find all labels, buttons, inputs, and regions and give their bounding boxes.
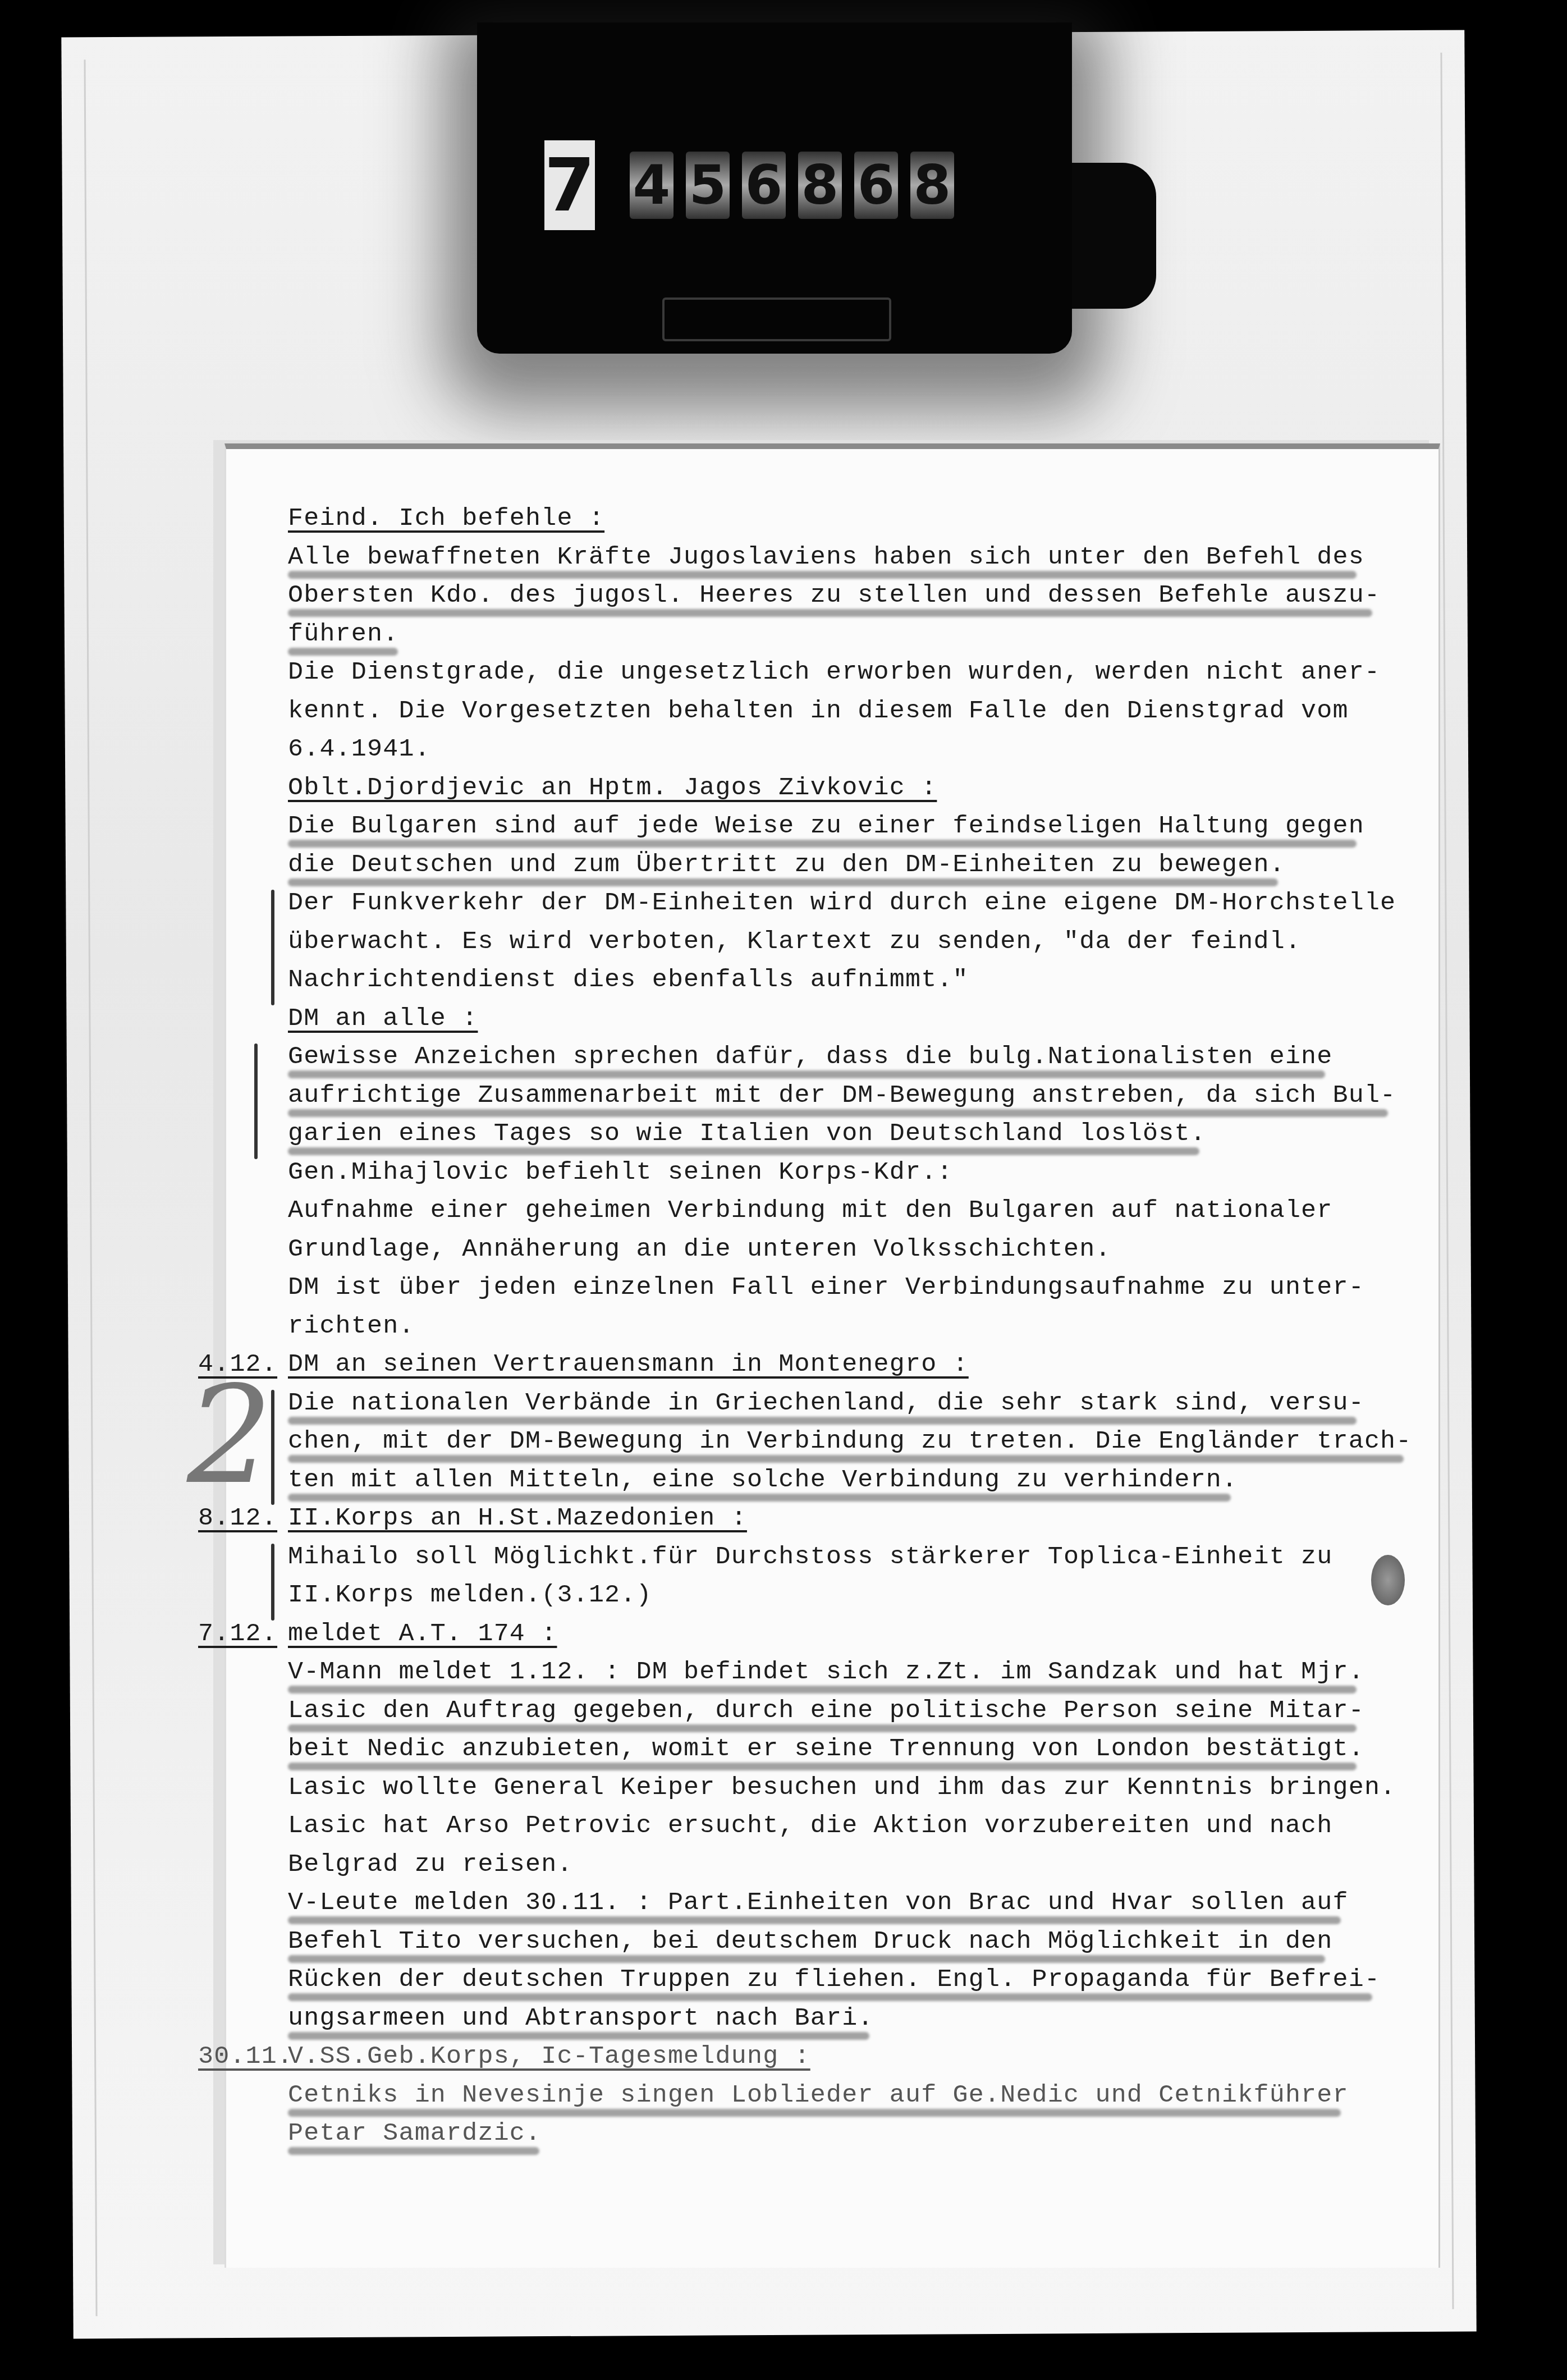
section-heading: 30.11.V.SS.Geb.Korps, Ic-Tagesmeldung : [226,2038,1438,2076]
line-text: II.Korps an H.St.Mazedonien : [288,1499,747,1538]
margin-mark [271,1544,274,1621]
counter-digits: 7 4 5 6 8 6 8 [544,140,954,230]
text-line: Aufnahme einer geheimen Verbindung mit d… [226,1192,1438,1230]
page-body: Feind. Ich befehle :Alle bewaffneten Krä… [226,500,1438,2153]
counter-prefix: 7 [544,140,595,230]
line-text: 6.4.1941. [288,730,430,769]
line-text: DM an alle : [288,1000,478,1038]
text-line: DM ist über jeden einzelnen Fall einer V… [226,1269,1438,1307]
text-line: Grundlage, Annäherung an die unteren Vol… [226,1230,1438,1269]
text-line: führen. [226,615,1438,654]
section-heading: 7.12.meldet A.T. 174 : [226,1615,1438,1654]
section-heading: Feind. Ich befehle : [226,500,1438,538]
counter-digit: 5 [686,152,730,219]
counter-digit: 4 [630,152,673,219]
line-text: DM an seinen Vertrauensmann in Montenegr… [288,1345,969,1384]
pencil-underline [288,1916,1341,1924]
text-line: Belgrad zu reisen. [226,1846,1438,1884]
line-text: II.Korps melden.(3.12.) [288,1576,652,1615]
pencil-underline [288,1763,1357,1770]
section-heading: Oblt.Djordjevic an Hptm. Jagos Zivkovic … [226,769,1438,808]
text-line: Nachrichtendienst dies ebenfalls aufnimm… [226,961,1438,1000]
pencil-underline [288,840,1357,848]
pencil-underline [288,1070,1325,1078]
counter-digit: 8 [910,152,954,219]
text-line: Gen.Mihajlovic befiehlt seinen Korps-Kdr… [226,1154,1438,1192]
pencil-underline [288,2032,869,2040]
line-text: Die Dienstgrade, die ungesetzlich erworb… [288,653,1380,692]
line-text: meldet A.T. 174 : [288,1615,557,1654]
line-text: Aufnahme einer geheimen Verbindung mit d… [288,1192,1333,1230]
pencil-underline [288,609,1372,617]
line-text: Grundlage, Annäherung an die unteren Vol… [288,1230,1111,1269]
text-line: Mihailo soll Möglichkt.für Durchstoss st… [226,1538,1438,1577]
line-text: Lasic wollte General Keiper besuchen und… [288,1769,1396,1807]
text-line: II.Korps melden.(3.12.) [226,1576,1438,1615]
line-text: Feind. Ich befehle : [288,500,604,538]
pencil-underline [288,1109,1388,1117]
line-text: Belgrad zu reisen. [288,1846,573,1884]
pencil-underline [288,2109,1341,2117]
entry-date: 30.11. [198,2038,293,2076]
text-line: kennt. Die Vorgesetzten behalten in dies… [226,692,1438,731]
text-line: 6.4.1941. [226,730,1438,769]
line-text: Gen.Mihajlovic befiehlt seinen Korps-Kdr… [288,1154,953,1192]
counter-slot [662,297,891,341]
counter-digit: 8 [798,152,842,219]
text-line: überwacht. Es wird verboten, Klartext zu… [226,923,1438,962]
pencil-underline [288,1147,1199,1155]
ink-blot [1371,1555,1405,1605]
counter-digit: 6 [742,152,786,219]
pencil-underline [288,2147,539,2155]
pencil-underline [288,571,1357,579]
section-heading: 4.12.DM an seinen Vertrauensmann in Mont… [226,1345,1438,1384]
margin-mark [271,890,274,1005]
section-heading: DM an alle : [226,1000,1438,1038]
pencil-underline [288,1724,1357,1732]
frame-counter-stamp: 7 4 5 6 8 6 8 [477,22,1072,354]
counter-digit: 6 [854,152,898,219]
text-line: Der Funkverkehr der DM-Einheiten wird du… [226,884,1438,923]
counter-knob [1072,163,1156,309]
line-text: Oblt.Djordjevic an Hptm. Jagos Zivkovic … [288,769,937,808]
text-line: Die Dienstgrade, die ungesetzlich erworb… [226,653,1438,692]
pencil-underline [288,1417,1357,1425]
line-text: DM ist über jeden einzelnen Fall einer V… [288,1269,1364,1307]
pencil-underline [288,1686,1357,1694]
line-text: Nachrichtendienst dies ebenfalls aufnimm… [288,961,969,1000]
line-text: überwacht. Es wird verboten, Klartext zu… [288,923,1301,962]
margin-mark [254,1043,258,1159]
text-line: richten. [226,1307,1438,1346]
pencil-underline [288,1494,1231,1502]
text-line: Lasic hat Arso Petrovic ersucht, die Akt… [226,1807,1438,1846]
line-text: Mihailo soll Möglichkt.für Durchstoss st… [288,1538,1333,1577]
pencil-underline [288,1955,1325,1963]
handwritten-annotation: 2 [187,1357,273,1514]
line-text: kennt. Die Vorgesetzten behalten in dies… [288,692,1349,731]
typewritten-page: Feind. Ich befehle :Alle bewaffneten Krä… [224,443,1440,2268]
line-text: V.SS.Geb.Korps, Ic-Tagesmeldung : [288,2038,810,2076]
line-text: Der Funkverkehr der DM-Einheiten wird du… [288,884,1396,923]
entry-date: 7.12. [198,1615,277,1654]
text-line: Lasic wollte General Keiper besuchen und… [226,1769,1438,1807]
pencil-underline [288,878,1278,886]
pencil-underline [288,1993,1372,2001]
pencil-underline [288,1455,1404,1463]
section-heading: 8.12.II.Korps an H.St.Mazedonien : [226,1499,1438,1538]
line-text: richten. [288,1307,415,1346]
pencil-underline [288,648,398,656]
line-text: Lasic hat Arso Petrovic ersucht, die Akt… [288,1807,1333,1846]
